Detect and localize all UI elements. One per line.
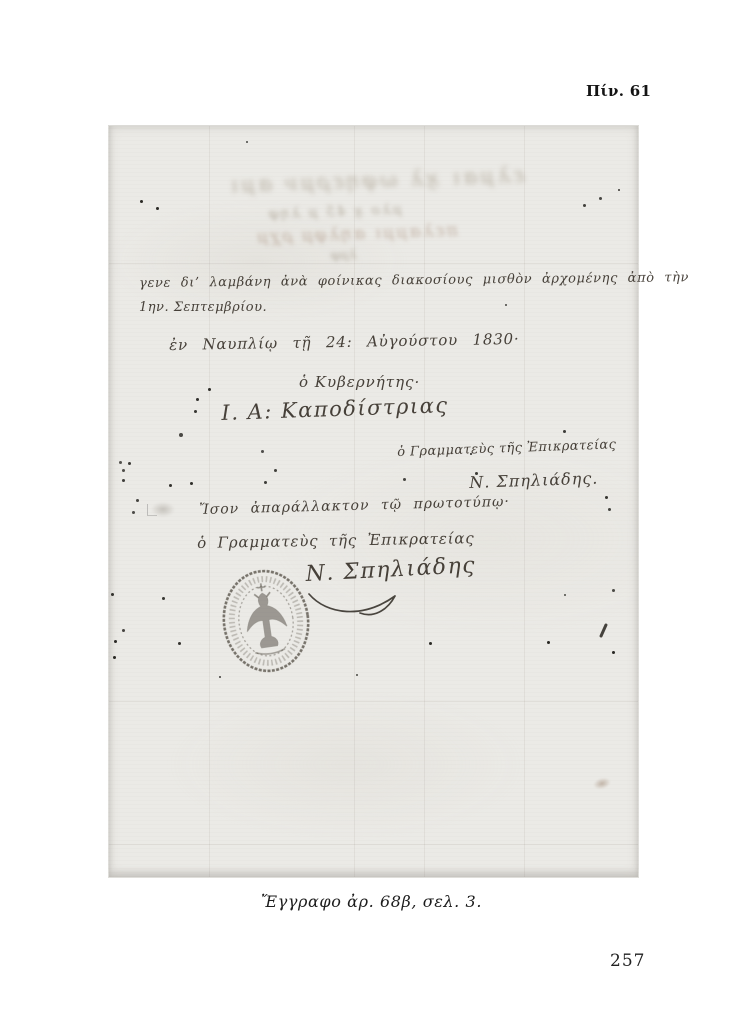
ink-speck — [618, 189, 620, 191]
ink-speck — [356, 674, 358, 676]
ink-speck — [403, 478, 406, 481]
fold-line-horizontal — [109, 844, 638, 845]
ink-speck — [605, 496, 608, 499]
bleedthrough-text: μλο ϗ 45 μ ληφ — [267, 202, 402, 223]
smudge-mark — [592, 776, 612, 791]
ink-speck — [178, 642, 181, 645]
ink-speck — [612, 589, 615, 592]
ink-speck — [274, 469, 277, 472]
ink-speck — [140, 200, 143, 203]
page-number: 257 — [610, 951, 645, 971]
bleedthrough-text: ελμαι ϗλ ωφηερμν αμι — [227, 163, 525, 197]
fold-line-horizontal — [109, 701, 638, 702]
governor-title: ὁ Κυβερνήτης· — [299, 373, 420, 391]
ink-speck — [179, 433, 183, 437]
caption: Ἔγγραφο ἀρ. 68β, σελ. 3. — [0, 892, 743, 911]
ink-speck — [196, 398, 199, 401]
bleedthrough-text: πελαμμι αηλφμ ρχμ — [255, 220, 458, 247]
signature-flourish — [305, 591, 405, 623]
governor-signature-kapodistrias: Ι. Α: Καποδίστριας — [221, 393, 449, 425]
fold-line-vertical — [524, 126, 525, 877]
secretary-signature-right: Ν. Σπηλιάδης. — [469, 468, 599, 491]
handwritten-dateline: ἐν Ναυπλίῳ τῇ 24: Αὐγούστου 1830· — [169, 330, 520, 354]
fold-line-horizontal — [109, 263, 638, 264]
ink-speck — [599, 197, 602, 200]
ink-speck — [136, 499, 139, 502]
ink-speck — [111, 593, 114, 596]
ink-speck — [194, 410, 197, 413]
ink-speck — [505, 304, 507, 306]
secretary-title-right: ὁ Γραμματεὺς τῆς Ἐπικρατείας — [397, 437, 617, 460]
book-page: Πίν. 61 ελμαι ϗλ ωφηερμν αμι μλο ϗ 45 μ … — [0, 0, 743, 1027]
ink-speck — [162, 597, 165, 600]
ink-speck — [563, 430, 566, 433]
ink-speck — [264, 481, 267, 484]
ink-speck — [119, 461, 122, 464]
secretary-signature-left: Ν. Σπηλιάδης — [305, 553, 477, 587]
ink-speck — [246, 141, 248, 143]
ink-speck — [113, 656, 116, 659]
phoenix-seal-stamp — [207, 556, 324, 685]
ink-speck — [583, 204, 586, 207]
ink-speck — [564, 594, 566, 596]
ink-speck — [608, 508, 611, 511]
ink-speck — [612, 651, 615, 654]
ink-speck — [190, 482, 193, 485]
ink-speck — [128, 462, 131, 465]
handwritten-body-line-1: γενε δι’ λαμβάνη ἀνὰ φοίνικας διακοσίους… — [139, 270, 689, 291]
ink-speck — [261, 450, 264, 453]
secretary-title-left: ὁ Γραμματεὺς τῆς Ἐπικρατείας — [197, 529, 475, 552]
handwritten-body-line-2: 1ην. Σεπτεμβρίου. — [139, 300, 267, 315]
ink-speck — [156, 207, 159, 210]
ink-speck — [122, 469, 125, 472]
ink-speck — [122, 479, 125, 482]
ink-stroke — [599, 623, 608, 638]
document-scan: ελμαι ϗλ ωφηερμν αμι μλο ϗ 45 μ ληφ πελα… — [108, 125, 639, 878]
ink-speck — [114, 640, 117, 643]
ink-speck — [122, 629, 125, 632]
ink-speck — [169, 484, 172, 487]
pencil-mark — [147, 504, 157, 516]
plate-label: Πίν. 61 — [586, 82, 651, 100]
ink-speck — [219, 676, 221, 678]
ink-speck — [547, 641, 550, 644]
ink-speck — [132, 511, 135, 514]
ink-speck — [429, 642, 432, 645]
